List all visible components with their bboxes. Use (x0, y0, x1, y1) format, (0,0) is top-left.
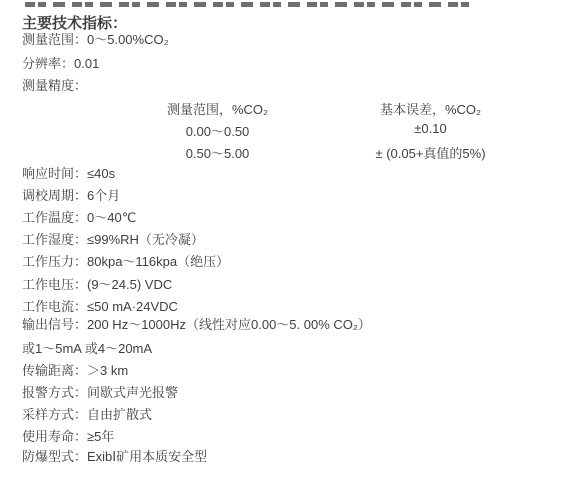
spec-document: 主要技术指标： 测量范围：0～5.00%CO₂ 分辨率：0.01 测量精度： 测… (0, 0, 579, 478)
spec-line-measure-range: 测量范围：0～5.00%CO₂ (22, 32, 169, 48)
accuracy-table-row: 0.50～5.00 ± (0.05+真值的5%) (0, 143, 579, 161)
accuracy-table-header-row: 测量范围，%CO₂ 基本误差，%CO₂ (0, 99, 579, 117)
spec-line-explosion-proof-type: 防爆型式：ExibⅠ矿用本质安全型 (22, 449, 207, 465)
spec-line-sampling-mode: 采样方式：自由扩散式 (22, 407, 152, 423)
spec-line-output-signal: 输出信号：200 Hz～1000Hz（线性对应0.00～5. 00% CO₂） (22, 317, 371, 333)
spec-line-transmission-distance: 传输距离：＞3 km (22, 363, 128, 379)
spec-line-resolution: 分辨率：0.01 (22, 56, 99, 72)
spec-line-calibration-period: 调校周期：6个月 (22, 188, 120, 204)
accuracy-range-cell: 0.00～0.50 (75, 121, 360, 140)
spec-line-working-pressure: 工作压力：80kpa～116kpa（绝压） (22, 254, 229, 270)
spec-line-working-current: 工作电流：≤50 mA·24VDC (22, 299, 178, 315)
spec-line-accuracy-label: 测量精度： (22, 78, 87, 94)
accuracy-table-header-range: 测量范围，%CO₂ (75, 99, 360, 118)
spec-line-working-voltage: 工作电压：(9～24.5) VDC (22, 277, 172, 293)
accuracy-table-row: 0.00～0.50 ±0.10 (0, 121, 579, 139)
spec-line-working-humidity: 工作湿度：≤99%RH（无冷凝） (22, 232, 204, 248)
accuracy-error-cell: ±0.10 (328, 121, 533, 136)
accuracy-table-header-error: 基本误差，%CO₂ (328, 99, 533, 118)
accuracy-error-cell: ± (0.05+真值的5%) (328, 143, 533, 162)
spec-line-output-alt: 或1～5mA 或4～20mA (22, 341, 152, 357)
spec-line-response-time: 响应时间：≤40s (22, 166, 115, 182)
spec-line-alarm-mode: 报警方式：间歇式声光报警 (22, 385, 178, 401)
accuracy-range-cell: 0.50～5.00 (75, 143, 360, 162)
spec-line-service-life: 使用寿命：≥5年 (22, 429, 114, 445)
spec-line-working-temperature: 工作温度：0～40℃ (22, 210, 136, 226)
clipped-text-line (25, 2, 471, 7)
section-heading: 主要技术指标： (22, 12, 127, 33)
